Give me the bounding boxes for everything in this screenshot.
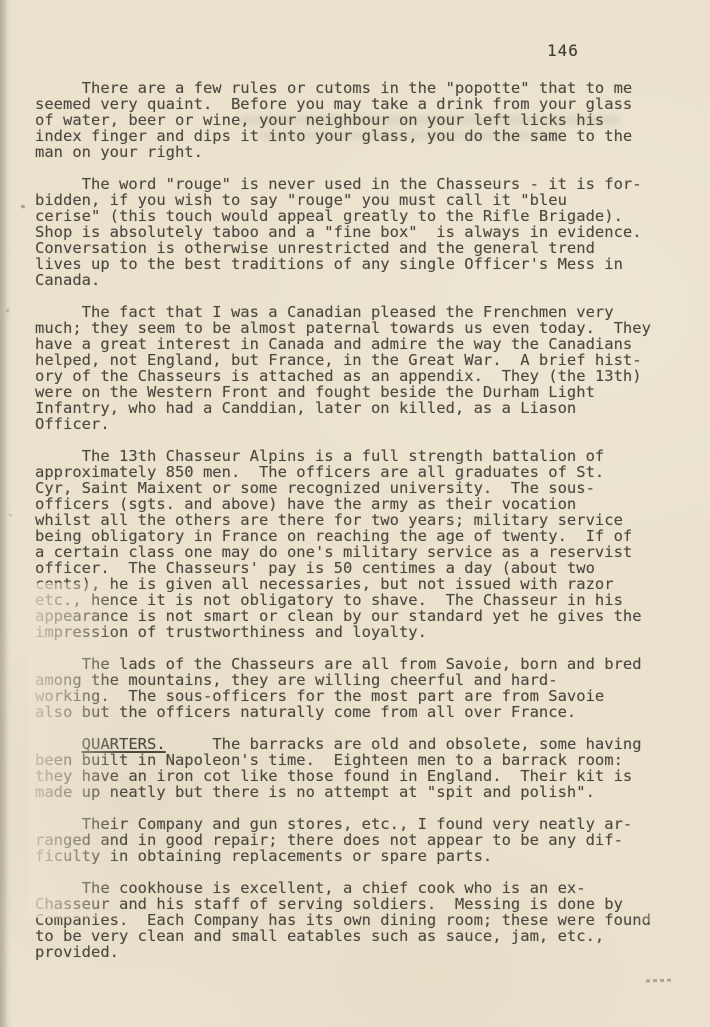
text-line: Canada. bbox=[35, 272, 695, 288]
text-line: Chasseur and his staff of serving soldie… bbox=[35, 896, 695, 912]
text-line: helped, not England, but France, in the … bbox=[35, 352, 695, 368]
paragraph-lads-from-savoie: The lads of the Chasseurs are all from S… bbox=[35, 656, 695, 720]
typewritten-text-block: There are a few rules or cutoms in the "… bbox=[35, 80, 695, 976]
text-line: working. The sous-officers for the most … bbox=[35, 688, 695, 704]
text-line: There are a few rules or cutoms in the "… bbox=[35, 80, 695, 96]
text-line: they have an iron cot like those found i… bbox=[35, 768, 695, 784]
text-line: were on the Western Front and fought bes… bbox=[35, 384, 695, 400]
paragraph-cookhouse: The cookhouse is excellent, a chief cook… bbox=[35, 880, 695, 960]
text-line: The 13th Chasseur Alpins is a full stren… bbox=[35, 448, 695, 464]
text-line: Their Company and gun stores, etc., I fo… bbox=[35, 816, 695, 832]
text-line: Officer. bbox=[35, 416, 695, 432]
text-line: ficulty in obtaining replacements or spa… bbox=[35, 848, 695, 864]
text-line: impression of trustworthiness and loyalt… bbox=[35, 624, 695, 640]
text-line: man on your right. bbox=[35, 144, 695, 160]
paper-speck bbox=[21, 205, 25, 208]
text-line: being obligatory in France on reaching t… bbox=[35, 528, 695, 544]
text-line: seemed very quaint. Before you may take … bbox=[35, 96, 695, 112]
text-line: officers (sgts. and above) have the army… bbox=[35, 496, 695, 512]
text-line: bidden, if you wish to say "rouge" you m… bbox=[35, 192, 695, 208]
text-line: made up neatly but there is no attempt a… bbox=[35, 784, 695, 800]
text-line: to be very clean and small eatables such… bbox=[35, 928, 695, 944]
text-line: Cyr, Saint Maixent or some recognized un… bbox=[35, 480, 695, 496]
text-line: provided. bbox=[35, 944, 695, 960]
text-line: much; they seem to be almost paternal to… bbox=[35, 320, 695, 336]
text-line: a certain class one may do one's militar… bbox=[35, 544, 695, 560]
text-line: The cookhouse is excellent, a chief cook… bbox=[35, 880, 695, 896]
text-line: whilst all the others are there for two … bbox=[35, 512, 695, 528]
text-line: Shop is absolutely taboo and a "fine box… bbox=[35, 224, 695, 240]
text-line: etc., hence it is not obligatory to shav… bbox=[35, 592, 695, 608]
paragraph-13th-chasseur-alpins: The 13th Chasseur Alpins is a full stren… bbox=[35, 448, 695, 640]
paragraph-canadian-frenchmen: The fact that I was a Canadian pleased t… bbox=[35, 304, 695, 432]
pencil-smudge-mark bbox=[646, 979, 672, 983]
text-line: of water, beer or wine, your neighbour o… bbox=[35, 112, 695, 128]
text-line: also but the officers naturally come fro… bbox=[35, 704, 695, 720]
paragraph-company-gun-stores: Their Company and gun stores, etc., I fo… bbox=[35, 816, 695, 864]
text-line: The fact that I was a Canadian pleased t… bbox=[35, 304, 695, 320]
text-line: The lads of the Chasseurs are all from S… bbox=[35, 656, 695, 672]
paragraph-rouge-forbidden: The word "rouge" is never used in the Ch… bbox=[35, 176, 695, 288]
text-line: ory of the Chasseurs is attached as an a… bbox=[35, 368, 695, 384]
text-line: appearance is not smart or clean by our … bbox=[35, 608, 695, 624]
text-line: index finger and dips it into your glass… bbox=[35, 128, 695, 144]
paper-speck bbox=[9, 514, 12, 516]
text-line: The word "rouge" is never used in the Ch… bbox=[35, 176, 695, 192]
paragraph-popotte-customs: There are a few rules or cutoms in the "… bbox=[35, 80, 695, 160]
scanned-document-page: 146 There are a few rules or cutoms in t… bbox=[0, 0, 710, 1027]
text-line: Conversation is otherwise unrestricted a… bbox=[35, 240, 695, 256]
text-line: Infantry, who had a Canddian, later on k… bbox=[35, 400, 695, 416]
text-line: QUARTERS. The barracks are old and obsol… bbox=[35, 736, 695, 752]
paper-speck bbox=[6, 309, 9, 312]
paragraph-quarters: QUARTERS. The barracks are old and obsol… bbox=[35, 736, 695, 800]
text-line: ranged and in good repair; there does no… bbox=[35, 832, 695, 848]
text-line: Companies. Each Company has its own dini… bbox=[35, 912, 695, 928]
page-number: 146 bbox=[547, 41, 579, 61]
text-line: approximately 850 men. The officers are … bbox=[35, 464, 695, 480]
text-line: cerise" (this touch would appeal greatly… bbox=[35, 208, 695, 224]
text-line: have a great interest in Canada and admi… bbox=[35, 336, 695, 352]
text-line: been built in Napoleon's time. Eighteen … bbox=[35, 752, 695, 768]
text-line: lives up to the best traditions of any s… bbox=[35, 256, 695, 272]
text-line: among the mountains, they are willing ch… bbox=[35, 672, 695, 688]
text-line: officer. The Chasseurs' pay is 50 centim… bbox=[35, 560, 695, 576]
text-line: cents), he is given all necessaries, but… bbox=[35, 576, 695, 592]
